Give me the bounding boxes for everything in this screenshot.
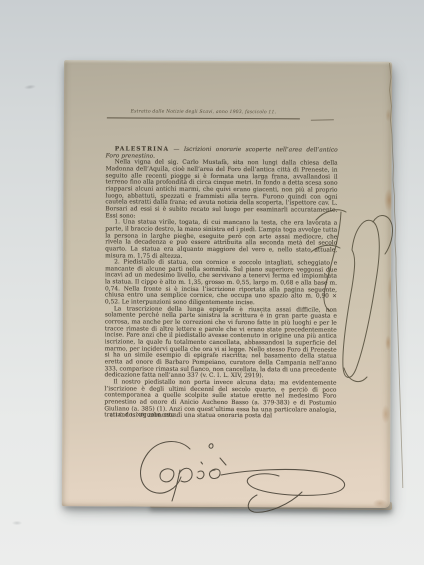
- body-paragraph-3: 2. Piedistallo di statua, con cornice e …: [105, 260, 337, 308]
- title-place: PALESTRINA: [115, 145, 169, 152]
- journal-header-line: Estratto dalle Notizie degli Scavi, anno…: [107, 109, 300, 119]
- background-smudge: [22, 83, 39, 91]
- photo-backdrop: { "photo": { "subject": "aged offprint p…: [0, 0, 424, 565]
- text-block: PALESTRINA — Iscrizioni onorarie scopert…: [104, 146, 337, 420]
- pamphlet-page: Estratto dalle Notizie degli Scavi, anno…: [62, 60, 392, 508]
- body-paragraph-4: La trascrizione della lunga epigrafe è r…: [104, 306, 336, 380]
- footnote-line: (1) C. I. L. XIV, 2916, 2918.: [110, 413, 290, 419]
- title-separator: —: [169, 147, 184, 153]
- header-rule-segment: [311, 119, 334, 120]
- background-smudge: [10, 520, 24, 526]
- body-paragraph-1: Nella vigna del sig. Carlo Mustafà, sita…: [105, 160, 337, 221]
- body-paragraph-2: 1. Una statua virile, togata, di cui man…: [105, 220, 337, 261]
